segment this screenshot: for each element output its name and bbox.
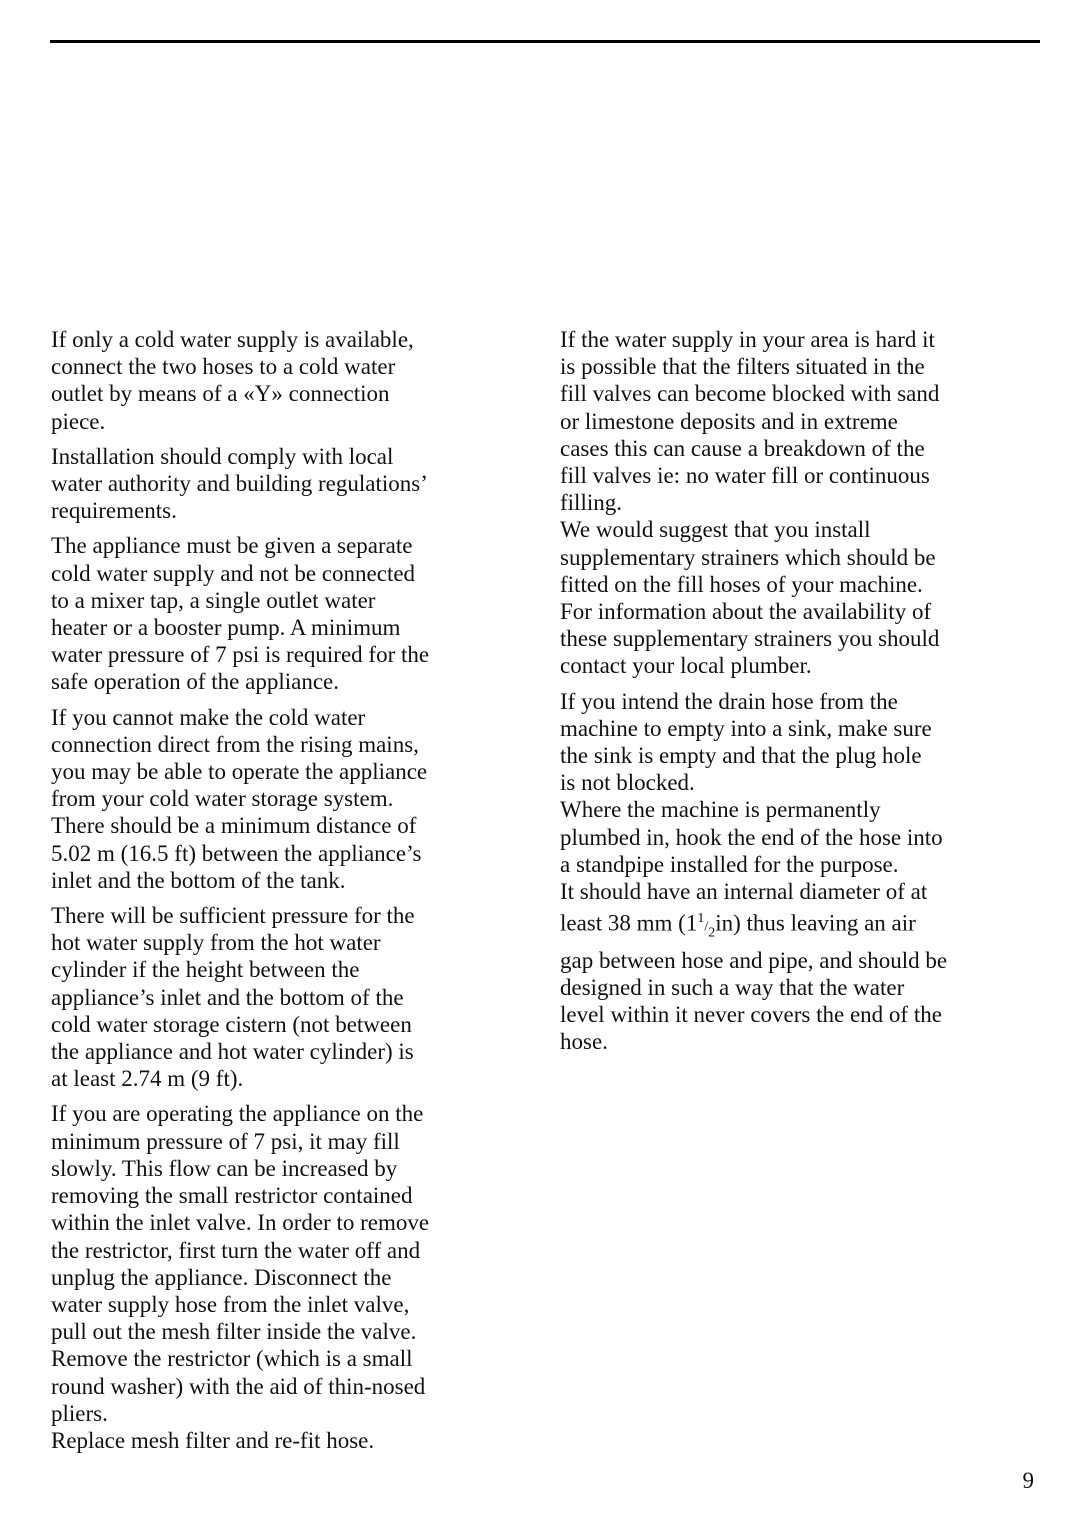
paragraph-diameter: It should have an internal diameter of a…: [560, 878, 1040, 1055]
paragraph-refit-hose: Replace mesh filter and re-fit hose.: [51, 1427, 531, 1454]
paragraph-hard-water: If the water supply in your area is hard…: [560, 326, 1040, 516]
paragraph-restrictor-removal: If you are operating the appliance on th…: [51, 1100, 531, 1426]
paragraph-hot-water-pressure: There will be sufficient pressure for th…: [51, 902, 531, 1092]
paragraph-cold-water-only: If only a cold water supply is available…: [51, 326, 531, 435]
paragraph-regulations: Installation should comply with local wa…: [51, 443, 531, 525]
fraction-whole: 1: [686, 911, 698, 936]
paragraph-strainers: We would suggest that you install supple…: [560, 516, 1040, 679]
right-column: If the water supply in your area is hard…: [560, 326, 1040, 1056]
paragraph-standpipe: Where the machine is permanently plumbed…: [560, 796, 1040, 878]
top-rule: [50, 40, 1040, 43]
paragraph-drain-sink: If you intend the drain hose from the ma…: [560, 688, 1040, 797]
diameter-line-1: It should have an internal diameter of a…: [560, 879, 927, 904]
diameter-line-2-start: least 38 mm (: [560, 911, 686, 936]
left-column: If only a cold water supply is available…: [51, 326, 531, 1462]
paragraph-separate-supply: The appliance must be given a separate c…: [51, 532, 531, 695]
paragraph-storage-system: If you cannot make the cold water connec…: [51, 704, 531, 894]
page-number: 9: [1023, 1468, 1035, 1494]
